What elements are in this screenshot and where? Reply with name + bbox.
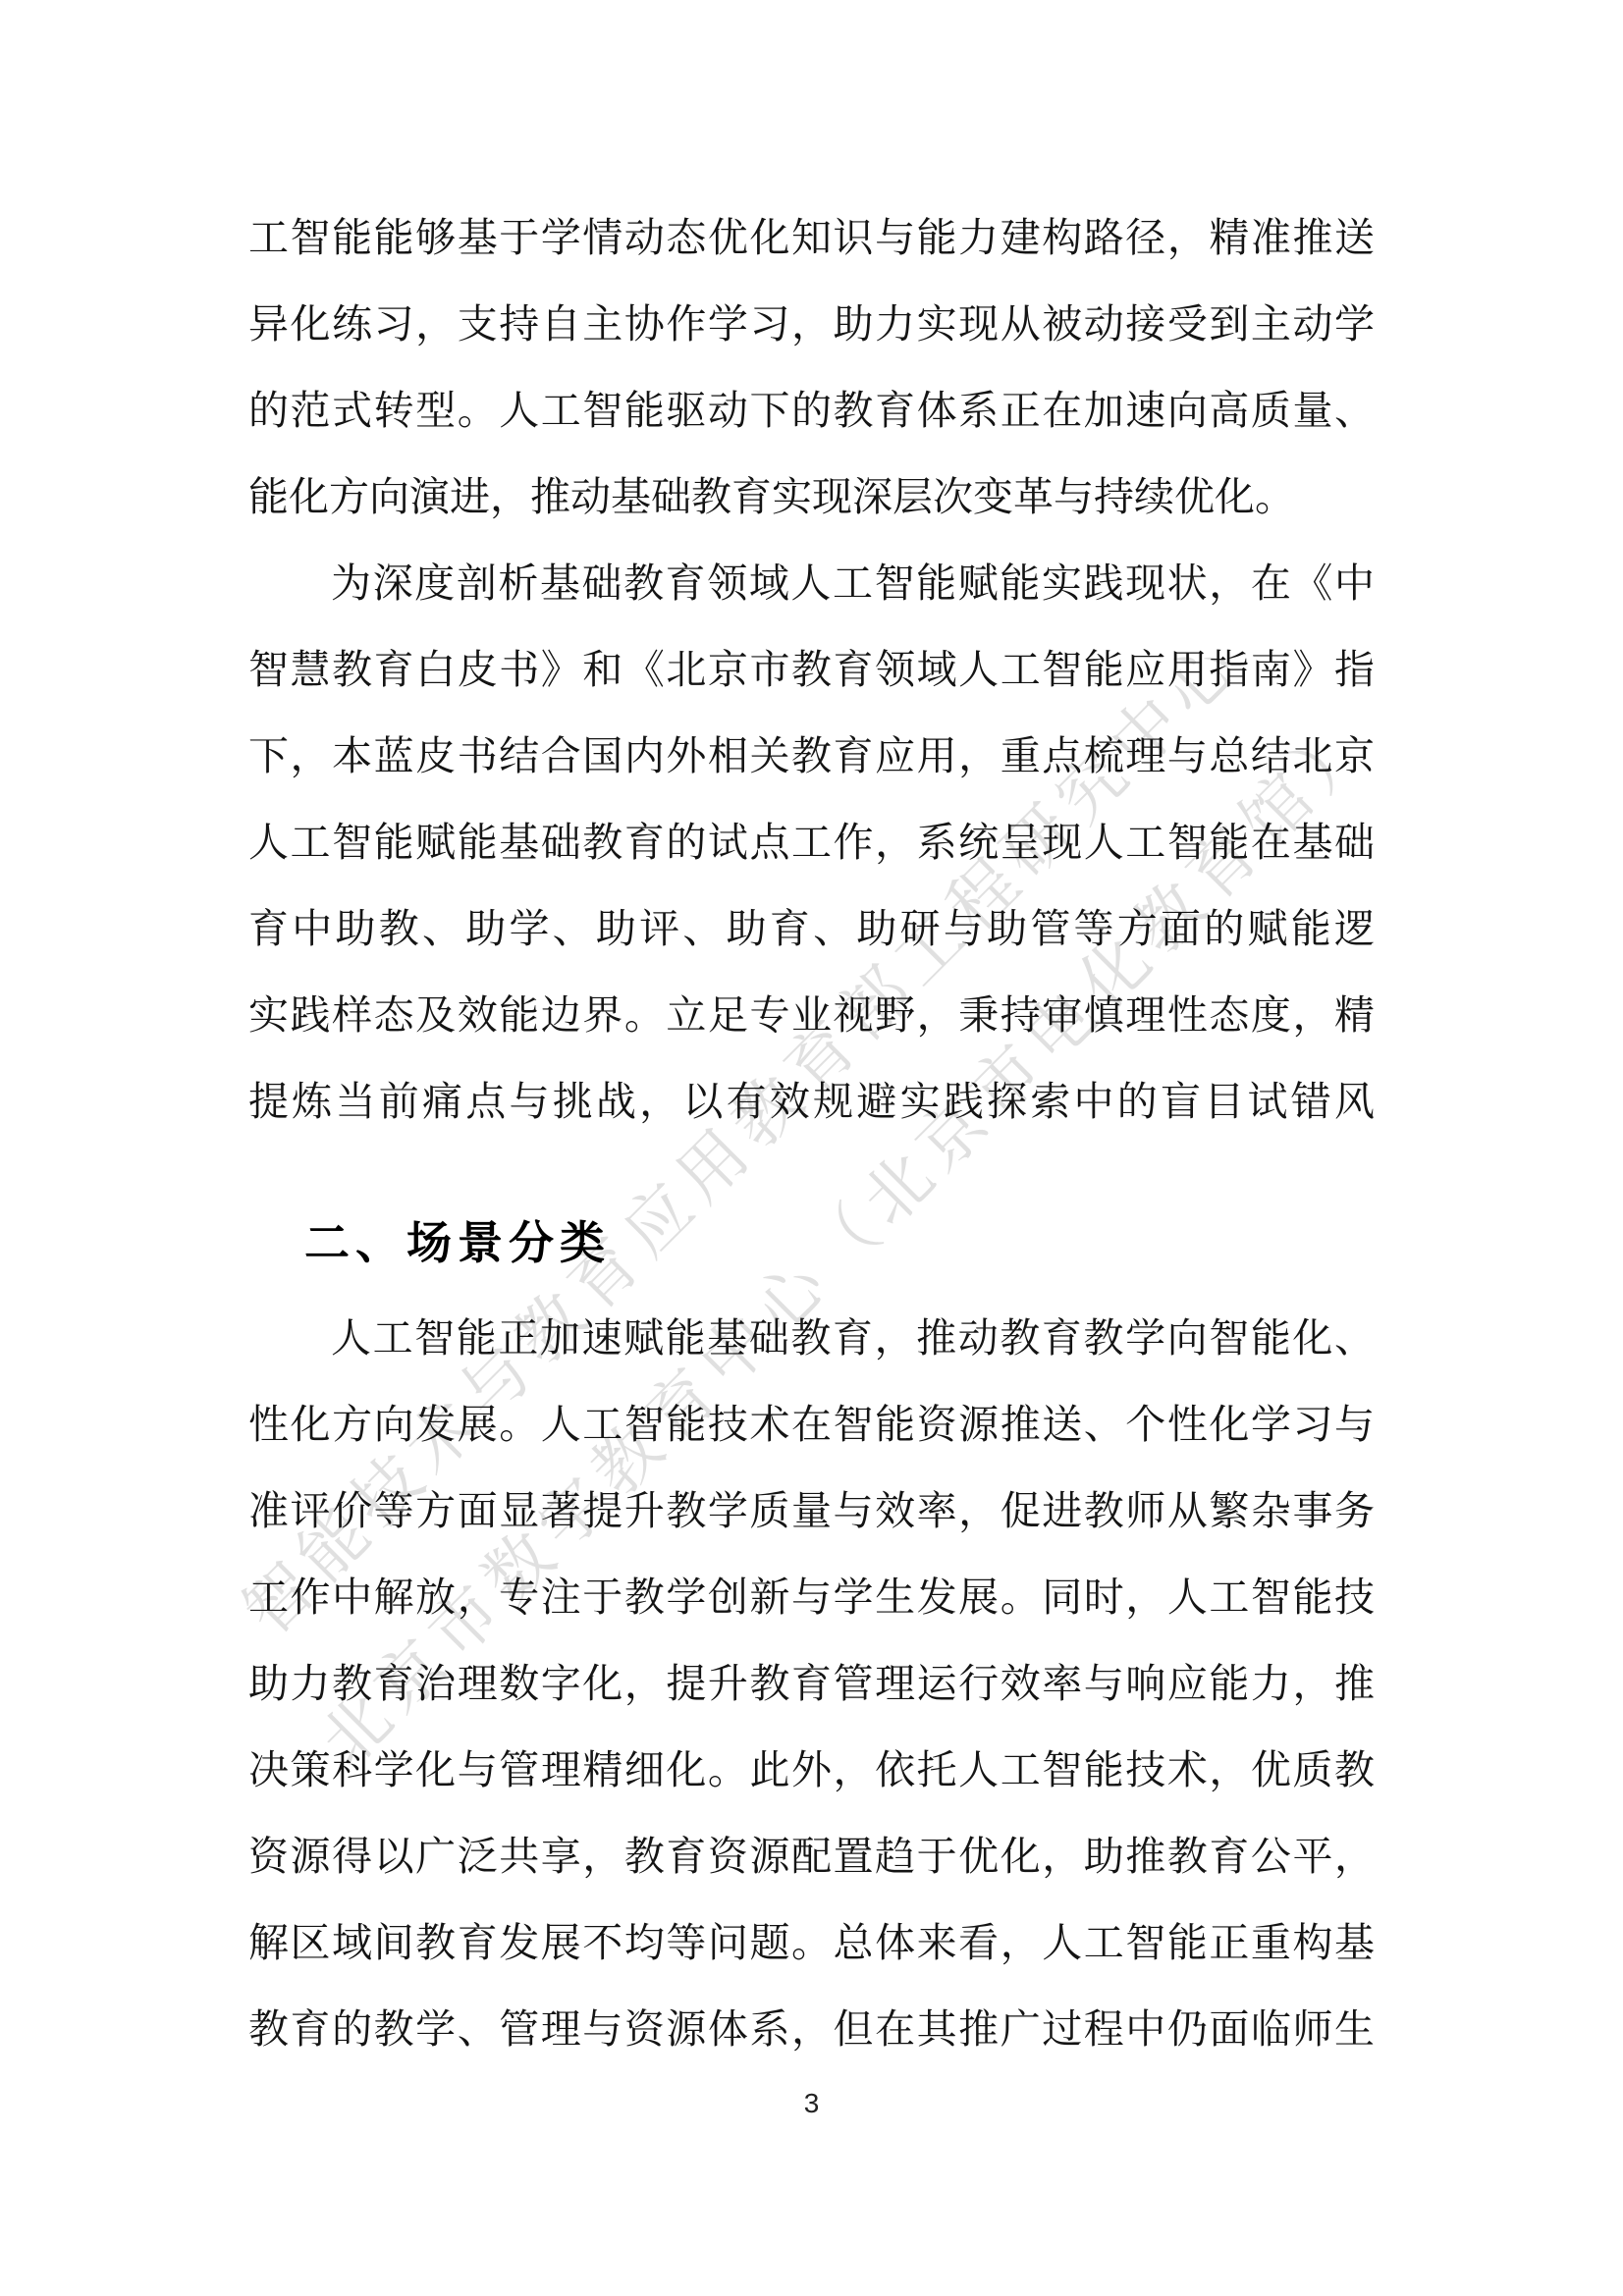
text-line: 下，本蓝皮书结合国内外相关教育应用，重点梳理与总结北京市 bbox=[248, 713, 1375, 799]
text-line: 助力教育治理数字化，提升教育管理运行效率与响应能力，推动 bbox=[248, 1640, 1375, 1727]
text-line: 工作中解放，专注于教学创新与学生发展。同时，人工智能技术 bbox=[248, 1554, 1375, 1640]
page-number: 3 bbox=[0, 2087, 1623, 2120]
page-body: 工智能能够基于学情动态优化知识与能力建构路径，精准推送差异化练习，支持自主协作学… bbox=[248, 194, 1375, 2072]
text-line: 工智能能够基于学情动态优化知识与能力建构路径，精准推送差 bbox=[248, 194, 1375, 281]
section-heading: 二、场景分类 bbox=[248, 1200, 1375, 1286]
text-line: 提炼当前痛点与挑战，以有效规避实践探索中的盲目试错风险。 bbox=[248, 1058, 1375, 1145]
text-line: 异化练习，支持自主协作学习，助力实现从被动接受到主动学习 bbox=[248, 281, 1375, 367]
text-line: 教育的教学、管理与资源体系，但在其推广过程中仍面临师生数 bbox=[248, 1986, 1375, 2072]
text-line: 性化方向发展。人工智能技术在智能资源推送、个性化学习与精 bbox=[248, 1381, 1375, 1468]
text-line: 资源得以广泛共享，教育资源配置趋于优化，助推教育公平，缓 bbox=[248, 1813, 1375, 1899]
text-line: 的范式转型。人工智能驱动下的教育体系正在加速向高质量、智 bbox=[248, 367, 1375, 454]
paragraph-scene-classification: 人工智能正加速赋能基础教育，推动教育教学向智能化、个性化方向发展。人工智能技术在… bbox=[248, 1295, 1375, 2072]
document-page: 智能技术与教育应用教育部工程研究中心 北京市数字教育中心（北京市电化教育馆） 工… bbox=[0, 0, 1623, 2296]
text-line: 育中助教、助学、助评、助育、助研与助管等方面的赋能逻辑、 bbox=[248, 885, 1375, 972]
text-line: 解区域间教育发展不均等问题。总体来看，人工智能正重构基础 bbox=[248, 1899, 1375, 1986]
text-line: 决策科学化与管理精细化。此外，依托人工智能技术，优质教育 bbox=[248, 1727, 1375, 1813]
text-line: 准评价等方面显著提升教学质量与效率，促进教师从繁杂事务性 bbox=[248, 1468, 1375, 1554]
text-line: 能化方向演进，推动基础教育实现深层次变革与持续优化。 bbox=[248, 454, 1375, 540]
paragraph-overview: 为深度剖析基础教育领域人工智能赋能实践现状，在《中国智慧教育白皮书》和《北京市教… bbox=[248, 540, 1375, 1145]
text-line: 人工智能正加速赋能基础教育，推动教育教学向智能化、个 bbox=[248, 1295, 1375, 1381]
text-line: 智慧教育白皮书》和《北京市教育领域人工智能应用指南》指导 bbox=[248, 626, 1375, 713]
text-line: 实践样态及效能边界。立足专业视野，秉持审慎理性态度，精准 bbox=[248, 972, 1375, 1058]
paragraph-continuation: 工智能能够基于学情动态优化知识与能力建构路径，精准推送差异化练习，支持自主协作学… bbox=[248, 194, 1375, 540]
text-line: 为深度剖析基础教育领域人工智能赋能实践现状，在《中国 bbox=[248, 540, 1375, 626]
text-line: 人工智能赋能基础教育的试点工作，系统呈现人工智能在基础教 bbox=[248, 799, 1375, 885]
